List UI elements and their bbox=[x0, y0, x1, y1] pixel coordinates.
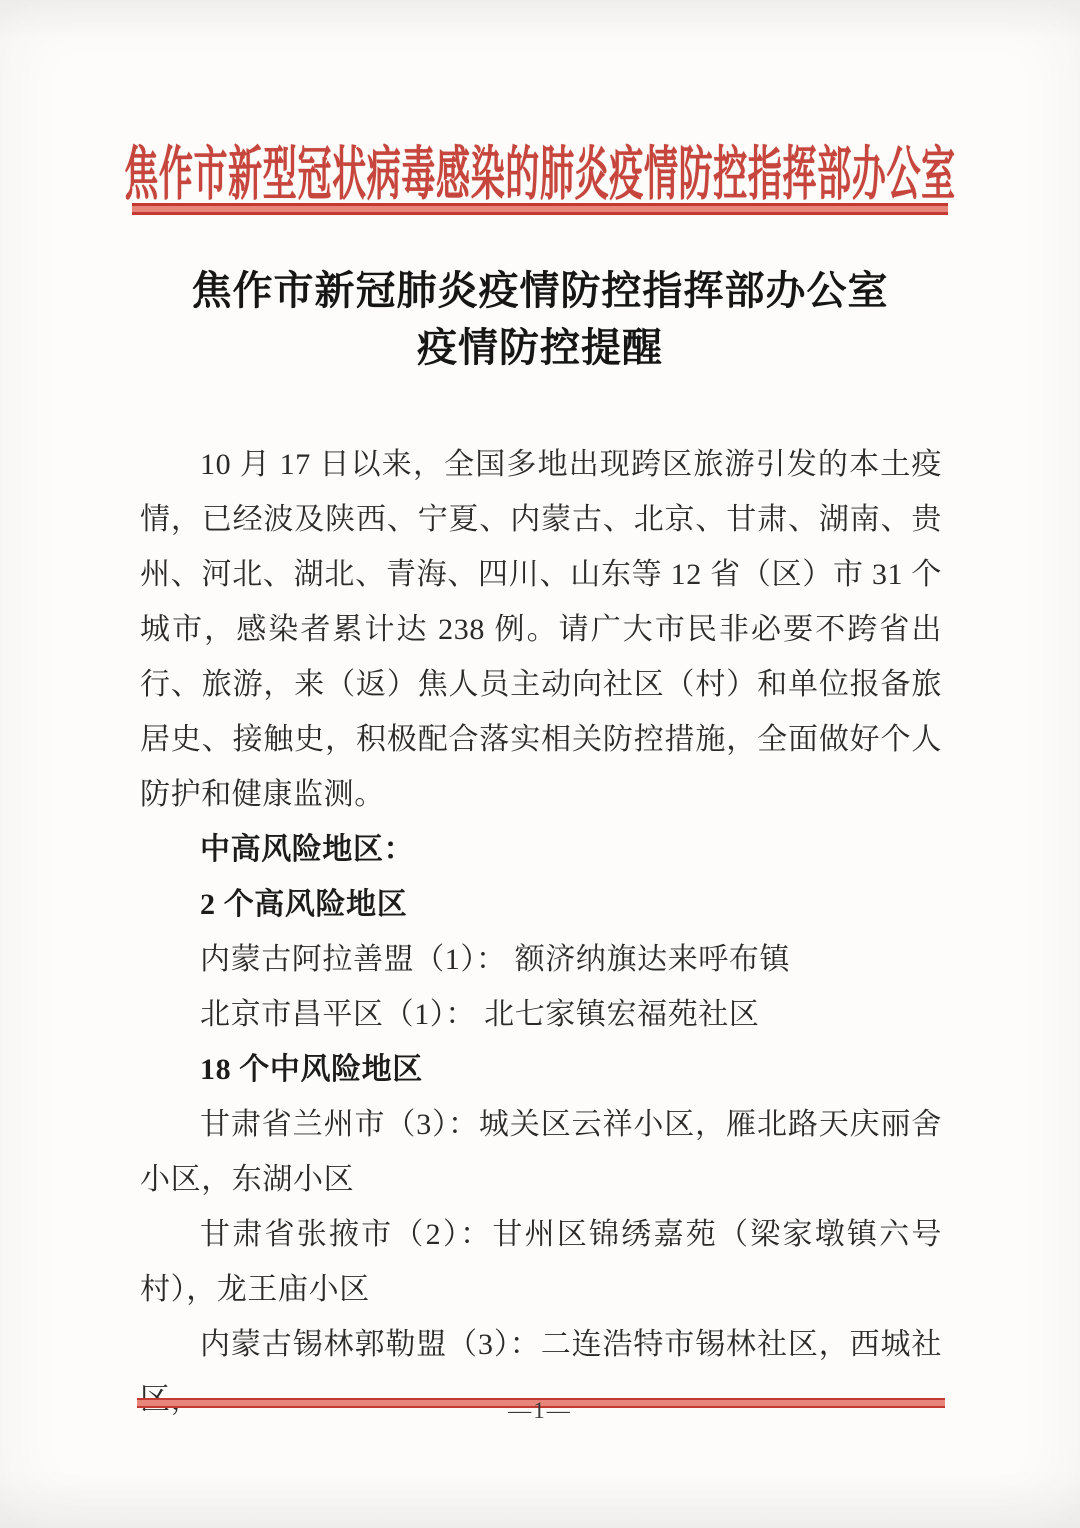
list-item-changping: 北京市昌平区（1）： 北七家镇宏福苑社区 bbox=[140, 987, 942, 1042]
document-page: 焦作市新型冠状病毒感染的肺炎疫情防控指挥部办公室 焦作市新冠肺炎疫情防控指挥部办… bbox=[0, 0, 1080, 1528]
letterhead-org-name: 焦作市新型冠状病毒感染的肺炎疫情防控指挥部办公室 bbox=[124, 128, 956, 211]
document-title-line2: 疫情防控提醒 bbox=[140, 319, 940, 376]
section-heading-medium-risk: 18 个中风险地区 bbox=[140, 1042, 942, 1097]
section-heading-risk-areas: 中高风险地区： bbox=[140, 822, 942, 877]
letterhead-divider-line bbox=[132, 203, 948, 215]
list-item-lanzhou: 甘肃省兰州市（3）：城关区云祥小区，雁北路天庆丽舍小区，东湖小区 bbox=[140, 1097, 942, 1207]
letterhead: 焦作市新型冠状病毒感染的肺炎疫情防控指挥部办公室 bbox=[0, 128, 1080, 205]
document-body: 10 月 17 日以来，全国多地出现跨区旅游引发的本土疫情，已经波及陕西、宁夏、… bbox=[140, 437, 942, 1427]
body-paragraph-intro: 10 月 17 日以来，全国多地出现跨区旅游引发的本土疫情，已经波及陕西、宁夏、… bbox=[140, 437, 942, 822]
document-title: 焦作市新冠肺炎疫情防控指挥部办公室 疫情防控提醒 bbox=[140, 262, 940, 376]
page-number: —1— bbox=[0, 1398, 1080, 1424]
list-item-zhangye: 甘肃省张掖市（2）：甘州区锦绣嘉苑（梁家墩镇六号村），龙王庙小区 bbox=[140, 1207, 942, 1317]
section-heading-high-risk: 2 个高风险地区 bbox=[140, 877, 942, 932]
document-title-line1: 焦作市新冠肺炎疫情防控指挥部办公室 bbox=[140, 262, 940, 319]
list-item-alashan: 内蒙古阿拉善盟（1）： 额济纳旗达来呼布镇 bbox=[140, 932, 942, 987]
